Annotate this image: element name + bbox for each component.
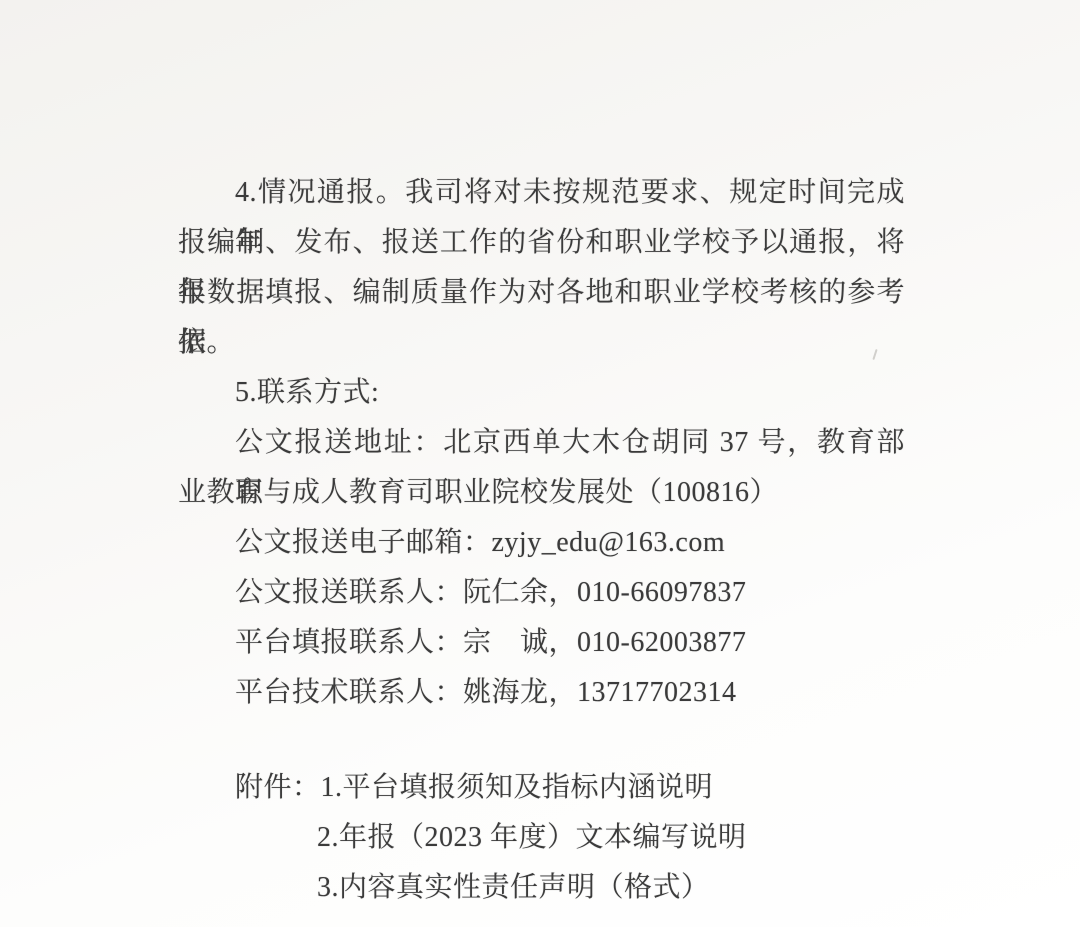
contact-heading-line: 5.联系方式: [178, 368, 905, 418]
document-body: 4.情况通报。我司将对未按规范要求、规定时间完成年 报编制、发布、报送工作的省份… [178, 168, 905, 913]
mailing-address-line-1: 公文报送地址：北京西单大木仓胡同 37 号，教育部职 [178, 418, 905, 468]
mailing-address-line-2: 业教育与成人教育司职业院校发展处（100816） [178, 468, 905, 518]
technical-contact-line: 平台技术联系人：姚海龙，13717702314 [178, 668, 905, 718]
situation-report-line-2: 报编制、发布、报送工作的省份和职业学校予以通报，将年 [178, 218, 905, 268]
attachments-line-1: 附件：1.平台填报须知及指标内涵说明 [178, 763, 905, 813]
situation-report-line-3: 报数据填报、编制质量作为对各地和职业学校考核的参考依 [178, 268, 905, 318]
platform-contact-line: 平台填报联系人：宗 诚，010-62003877 [178, 618, 905, 668]
scanned-document-page: 4.情况通报。我司将对未按规范要求、规定时间完成年 报编制、发布、报送工作的省份… [0, 0, 1080, 927]
attachments-line-3: 3.内容真实性责任声明（格式） [178, 863, 905, 913]
document-contact-line: 公文报送联系人：阮仁余，010-66097837 [178, 568, 905, 618]
situation-report-line-1: 4.情况通报。我司将对未按规范要求、规定时间完成年 [178, 168, 905, 218]
email-line: 公文报送电子邮箱：zyjy_edu@163.com [178, 518, 905, 568]
attachments-line-2: 2.年报（2023 年度）文本编写说明 [178, 813, 905, 863]
situation-report-line-4: 据。 [178, 318, 905, 368]
